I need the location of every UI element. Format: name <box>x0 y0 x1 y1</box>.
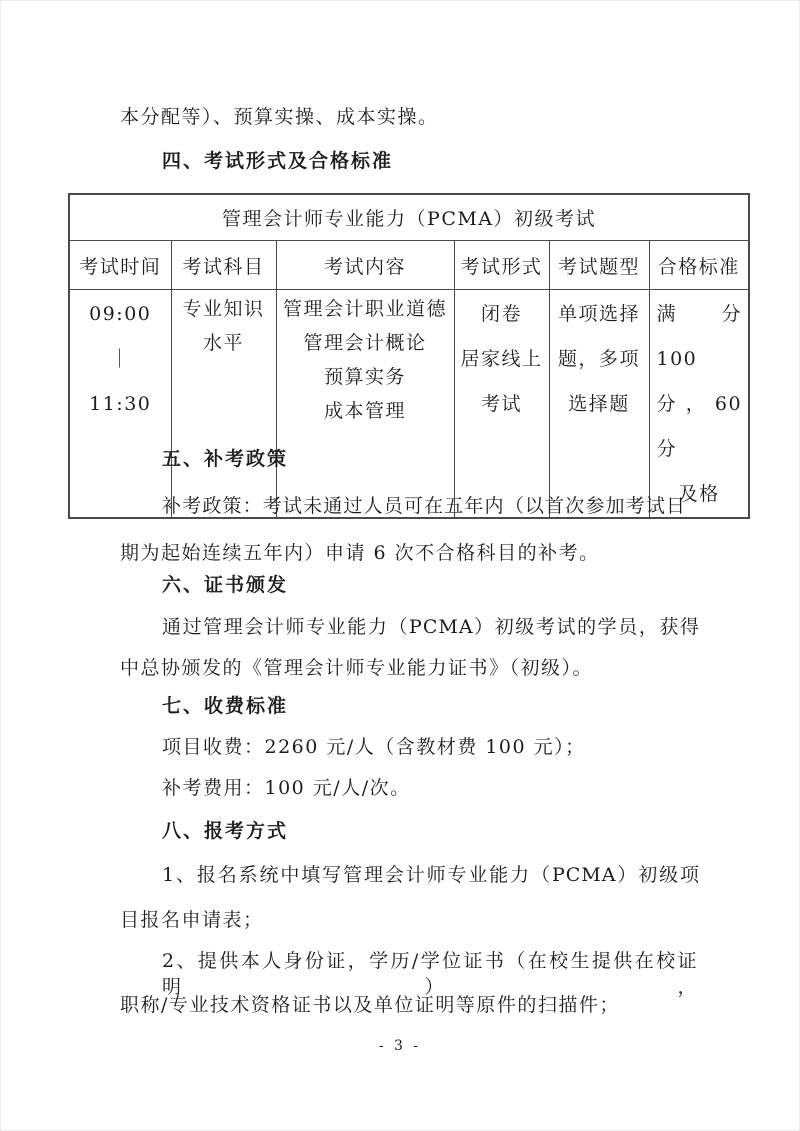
cell-question-type: 单项选择 题，多项 选择题 <box>549 290 649 519</box>
exam-time-start: 09:00 <box>70 292 171 337</box>
section-heading-8: 八、报考方式 <box>162 818 288 844</box>
paragraph-line: 补考费用：100 元/人/次。 <box>162 775 411 801</box>
paragraph-line: 期为起始连续五年内）申请 6 次不合格科目的补考。 <box>120 540 600 566</box>
content-line: 管理会计概论 <box>277 326 454 360</box>
pass-standard-line: 分，60 分 <box>650 382 749 472</box>
cell-exam-content: 管理会计职业道德 管理会计概论 预算实务 成本管理 <box>276 290 454 519</box>
col-header-exam-form: 考试形式 <box>454 241 549 290</box>
table-title: 管理会计师专业能力（PCMA）初级考试 <box>69 194 749 241</box>
cell-pass-standard: 满分 100 分，60 分 及格 <box>649 290 749 519</box>
cell-exam-form: 闭卷 居家线上 考试 <box>454 290 549 519</box>
col-header-question-type: 考试题型 <box>549 241 649 290</box>
section-heading-6: 六、证书颁发 <box>162 572 288 598</box>
paragraph-line: 补考政策：考试未通过人员可在五年内（以首次参加考试日 <box>162 493 686 519</box>
table-title-row: 管理会计师专业能力（PCMA）初级考试 <box>69 194 749 241</box>
content-line: 成本管理 <box>277 394 454 428</box>
exam-time-end: 11:30 <box>70 382 171 427</box>
document-page: 本分配等）、预算实操、成本实操。 四、考试形式及合格标准 管理会计师专业能力（P… <box>0 0 800 1131</box>
question-type-line: 单项选择 <box>550 292 649 337</box>
paragraph-line: 通过管理会计师专业能力（PCMA）初级考试的学员，获得 <box>162 614 700 640</box>
content-line: 管理会计职业道德 <box>277 292 454 326</box>
exam-time-separator: ｜ <box>70 337 171 382</box>
col-header-pass-standard: 合格标准 <box>649 241 749 290</box>
form-line: 闭卷 <box>455 292 549 337</box>
form-line: 居家线上 <box>455 337 549 382</box>
subject-line: 专业知识 <box>172 292 276 326</box>
paragraph-line: 中总协颁发的《管理会计师专业能力证书》（初级）。 <box>120 655 593 681</box>
cell-exam-time: 09:00 ｜ 11:30 <box>69 290 171 519</box>
cell-exam-subject: 专业知识 水平 <box>171 290 276 519</box>
question-type-line: 选择题 <box>550 382 649 427</box>
page-number: - 3 - <box>0 1038 800 1054</box>
section-heading-4: 四、考试形式及合格标准 <box>162 148 393 174</box>
paragraph-line: 1、报名系统中填写管理会计师专业能力（PCMA）初级项 <box>162 862 700 888</box>
col-header-exam-time: 考试时间 <box>69 241 171 290</box>
section-heading-7: 七、收费标准 <box>162 693 288 719</box>
col-header-exam-subject: 考试科目 <box>171 241 276 290</box>
section-heading-5: 五、补考政策 <box>162 446 288 472</box>
paragraph-line: 目报名申请表； <box>120 907 264 933</box>
form-line: 考试 <box>455 382 549 427</box>
table-data-row: 09:00 ｜ 11:30 专业知识 水平 管理会计职业道德 管理会计概论 预算… <box>69 290 749 519</box>
subject-line: 水平 <box>172 326 276 360</box>
paragraph-line: 项目收费：2260 元/人（含教材费 100 元）； <box>162 734 586 760</box>
table-header-row: 考试时间 考试科目 考试内容 考试形式 考试题型 合格标准 <box>69 241 749 290</box>
col-header-exam-content: 考试内容 <box>276 241 454 290</box>
paragraph-continuation: 本分配等）、预算实操、成本实操。 <box>120 104 439 130</box>
question-type-line: 题，多项 <box>550 337 649 382</box>
content-line: 预算实务 <box>277 360 454 394</box>
paragraph-line: 职称/专业技术资格证书以及单位证明等原件的扫描件； <box>120 992 620 1018</box>
pass-standard-line: 满分 100 <box>650 292 749 382</box>
